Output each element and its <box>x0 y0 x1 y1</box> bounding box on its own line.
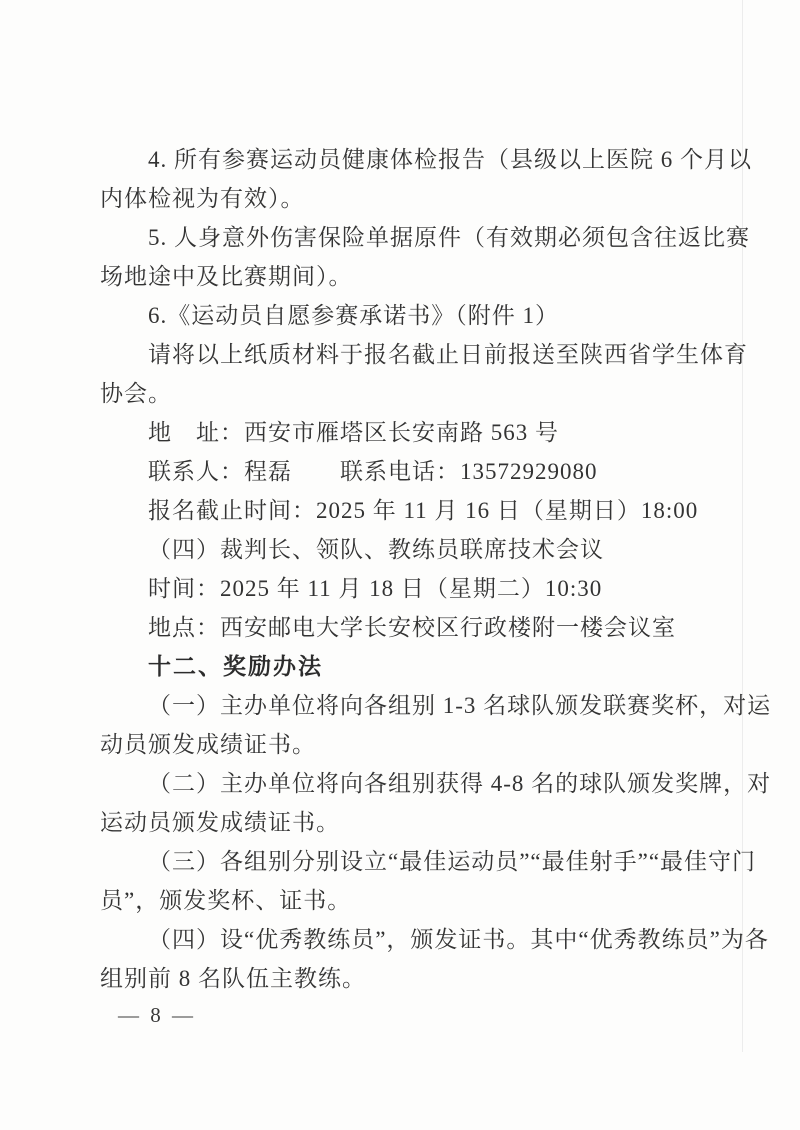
text-line: 地点：西安邮电大学长安校区行政楼附一楼会议室 <box>100 608 724 647</box>
text-line: 场地途中及比赛期间）。 <box>100 257 724 296</box>
text-line: 6.《运动员自愿参赛承诺书》（附件 1） <box>100 296 724 335</box>
text-line: 5. 人身意外伤害保险单据原件（有效期必须包含往返比赛 <box>100 218 724 257</box>
text-line: 组别前 8 名队伍主教练。 <box>100 959 724 998</box>
document-body: 4. 所有参赛运动员健康体检报告（县级以上医院 6 个月以内体检视为有效）。5.… <box>100 140 724 998</box>
text-line: （二）主办单位将向各组别获得 4-8 名的球队颁发奖牌，对 <box>100 764 724 803</box>
text-line: （一）主办单位将向各组别 1-3 名球队颁发联赛奖杯，对运 <box>100 686 724 725</box>
text-line: 请将以上纸质材料于报名截止日前报送至陕西省学生体育 <box>100 335 724 374</box>
text-line: （四）裁判长、领队、教练员联席技术会议 <box>100 530 724 569</box>
text-line: 报名截止时间：2025 年 11 月 16 日（星期日）18:00 <box>100 491 724 530</box>
text-line: 动员颁发成绩证书。 <box>100 725 724 764</box>
text-line: 地 址：西安市雁塔区长安南路 563 号 <box>100 413 724 452</box>
text-line: 联系人：程磊 联系电话：13572929080 <box>100 452 724 491</box>
text-line: 运动员颁发成绩证书。 <box>100 803 724 842</box>
text-line: 时间：2025 年 11 月 18 日（星期二）10:30 <box>100 569 724 608</box>
page-number: — 8 — <box>118 1000 196 1030</box>
text-line: 员”，颁发奖杯、证书。 <box>100 881 724 920</box>
document-page: 4. 所有参赛运动员健康体检报告（县级以上医院 6 个月以内体检视为有效）。5.… <box>0 0 800 1130</box>
text-line: 协会。 <box>100 374 724 413</box>
text-line: 内体检视为有效）。 <box>100 179 724 218</box>
text-line: （三）各组别分别设立“最佳运动员”“最佳射手”“最佳守门 <box>100 842 724 881</box>
text-line: 4. 所有参赛运动员健康体检报告（县级以上医院 6 个月以 <box>100 140 724 179</box>
text-line: 十二、奖励办法 <box>100 647 724 686</box>
text-line: （四）设“优秀教练员”，颁发证书。其中“优秀教练员”为各 <box>100 920 724 959</box>
